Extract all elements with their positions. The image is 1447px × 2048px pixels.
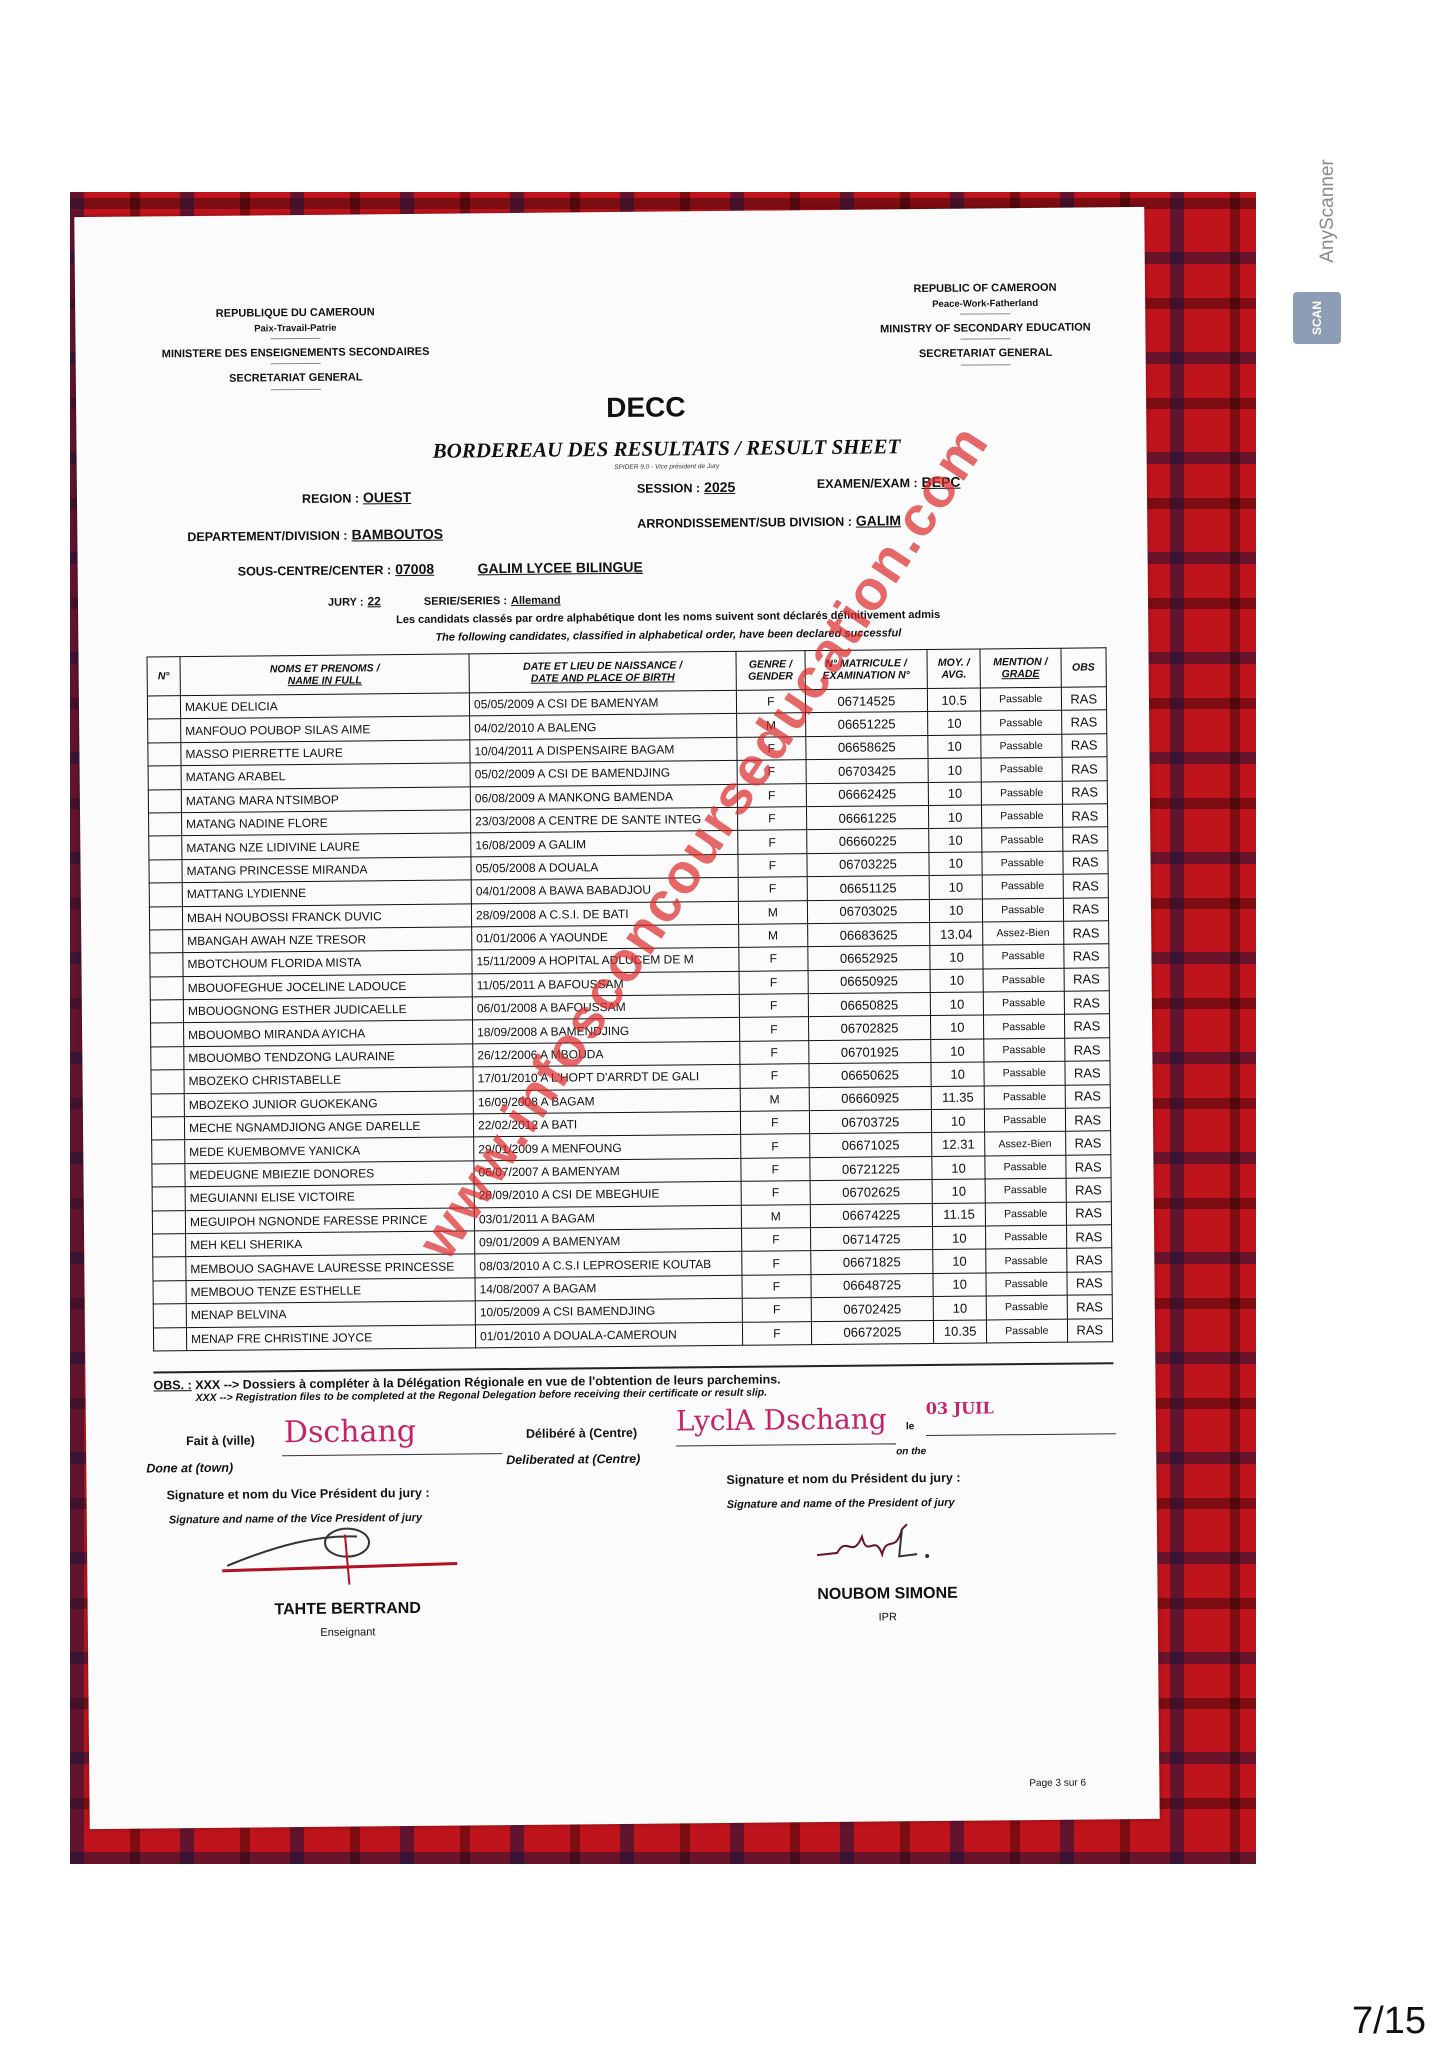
candidate-name: MEDE KUEMBOMVE YANICKA <box>185 1137 474 1163</box>
grade: Passable <box>984 1015 1065 1039</box>
row-number <box>150 930 183 954</box>
done-at-line <box>282 1453 502 1456</box>
gender: M <box>740 1087 809 1111</box>
center-code: 07008 <box>395 561 434 577</box>
row-number <box>148 742 181 766</box>
date-value: 03 JUIL <box>926 1398 994 1418</box>
gender: F <box>739 994 808 1018</box>
exam-number: 06671825 <box>810 1250 933 1275</box>
obs-label: OBS. : <box>153 1378 191 1392</box>
gender: F <box>741 1134 810 1158</box>
session-field: SESSION :2025 <box>637 479 736 496</box>
gender: M <box>739 924 808 948</box>
gender: M <box>741 1204 810 1228</box>
candidate-name: MBANGAH AWAH NZE TRESOR <box>183 927 472 953</box>
candidate-name: MENAP BELVINA <box>186 1301 475 1327</box>
birth-date-place: 28/09/2010 A CSI DE MBEGHUIE <box>474 1182 741 1208</box>
birth-date-place: 09/01/2009 A BAMENYAM <box>475 1228 742 1254</box>
divider <box>153 1362 1113 1373</box>
intro-fr: Les candidats classés par ordre alphabét… <box>318 608 1018 627</box>
observation: RAS <box>1061 734 1107 758</box>
divider <box>270 338 320 339</box>
exam-number: 06658625 <box>805 735 928 760</box>
grade: Assez-Bien <box>983 921 1064 945</box>
observation: RAS <box>1067 1295 1113 1319</box>
exam-number: 06652925 <box>807 946 930 971</box>
region-value: OUEST <box>363 489 411 505</box>
candidate-name: MATANG NZE LIDIVINE LAURE <box>182 833 471 859</box>
gender: M <box>738 900 807 924</box>
candidate-name: MEMBOUO TENZE ESTHELLE <box>186 1278 475 1304</box>
row-number <box>151 1070 184 1094</box>
average: 11.35 <box>931 1086 984 1110</box>
center-field: SOUS-CENTRE/CENTER :07008 GALIM LYCEE BI… <box>238 559 643 579</box>
grade: Assez-Bien <box>985 1132 1066 1156</box>
candidate-name: MBOUOMBO MIRANDA AYICHA <box>184 1020 473 1046</box>
row-number <box>151 1093 184 1117</box>
division-value: BAMBOUTOS <box>351 526 443 543</box>
candidate-name: MBOUOFEGHUE JOCELINE LADOUCE <box>183 974 472 1000</box>
grade: Passable <box>986 1225 1067 1249</box>
row-number <box>149 906 182 930</box>
candidate-name: MASSO PIERRETTE LAURE <box>181 740 470 766</box>
average: 10 <box>930 899 983 923</box>
gender: F <box>742 1251 811 1275</box>
average: 10 <box>928 758 981 782</box>
average: 13.04 <box>930 922 983 946</box>
grade: Passable <box>984 1085 1065 1109</box>
average: 10 <box>932 1156 985 1180</box>
row-number <box>153 1257 186 1281</box>
grade: Passable <box>983 945 1064 969</box>
exam-number: 06702825 <box>808 1016 931 1041</box>
average: 10 <box>928 735 981 759</box>
session-value: 2025 <box>704 479 735 495</box>
exam-number: 06648725 <box>811 1273 934 1298</box>
observation: RAS <box>1065 1084 1111 1108</box>
average: 10 <box>931 992 984 1016</box>
birth-date-place: 05/05/2009 A CSI DE BAMENYAM <box>469 690 736 716</box>
grade: Passable <box>981 734 1062 758</box>
row-number <box>148 719 181 743</box>
exam-number: 06701925 <box>808 1039 931 1064</box>
observation: RAS <box>1066 1248 1112 1272</box>
header-fr: REPUBLIQUE DU CAMEROUN Paix-Travail-Patr… <box>145 304 446 398</box>
average: 10 <box>933 1249 986 1273</box>
observation: RAS <box>1062 827 1108 851</box>
observation: RAS <box>1066 1272 1112 1296</box>
divider <box>961 364 1011 365</box>
president-name: NOUBOM SIMONE <box>767 1584 1007 1604</box>
average: 10 <box>930 945 983 969</box>
done-at-value: Dschang <box>284 1414 416 1450</box>
average: 11.15 <box>933 1203 986 1227</box>
motto-fr: Paix-Travail-Patrie <box>145 320 445 337</box>
grade: Passable <box>982 851 1063 875</box>
gender: F <box>739 947 808 971</box>
row-number <box>148 766 181 790</box>
candidate-name: MBOZEKO JUNIOR GUOKEKANG <box>184 1091 473 1117</box>
series-value: Allemand <box>511 595 561 607</box>
observation: RAS <box>1067 1318 1113 1342</box>
candidate-name: MBOUOGNONG ESTHER JUDICAELLE <box>183 997 472 1023</box>
grade: Passable <box>982 828 1063 852</box>
org-title: DECC <box>606 391 686 424</box>
average: 10 <box>931 1015 984 1039</box>
observation: RAS <box>1062 780 1108 804</box>
col-avg: MOY. /AVG. <box>927 649 980 689</box>
col-num: N° <box>147 657 180 696</box>
row-number <box>152 1140 185 1164</box>
row-number <box>150 976 183 1000</box>
observation: RAS <box>1063 897 1109 921</box>
average: 10.35 <box>934 1320 987 1344</box>
gender: F <box>741 1157 810 1181</box>
president-signature-label: Signature et nom du Président du jury : <box>726 1471 960 1487</box>
divider <box>960 313 1010 314</box>
region-field: REGION :OUEST <box>302 489 411 506</box>
exam-number: 06683625 <box>807 922 930 947</box>
grade: Passable <box>982 804 1063 828</box>
exam-number: 06674225 <box>810 1203 933 1228</box>
subdivision-label: ARRONDISSEMENT/SUB DIVISION : <box>637 515 852 531</box>
gender: F <box>742 1298 811 1322</box>
ministry-en: MINISTRY OF SECONDARY EDUCATION <box>865 319 1105 338</box>
grade: Passable <box>983 968 1064 992</box>
exam-number: 06702625 <box>810 1180 933 1205</box>
result-sheet-page: REPUBLIQUE DU CAMEROUN Paix-Travail-Patr… <box>74 207 1159 1829</box>
exam-number: 06672025 <box>811 1320 934 1345</box>
exam-number: 06660925 <box>809 1086 932 1111</box>
average: 12.31 <box>932 1132 985 1156</box>
exam-number: 06650925 <box>808 969 931 994</box>
page-number: Page 3 sur 6 <box>1029 1778 1086 1790</box>
birth-date-place: 14/08/2007 A BAGAM <box>475 1275 742 1301</box>
gender: F <box>740 1041 809 1065</box>
vp-signature <box>217 1523 478 1595</box>
center-label: SOUS-CENTRE/CENTER : <box>238 563 392 578</box>
divider <box>960 338 1010 339</box>
exam-number: 06703025 <box>807 899 930 924</box>
divider <box>271 389 321 390</box>
region-label: REGION : <box>302 491 359 506</box>
birth-date-place: 10/05/2009 A CSI BAMENDJING <box>475 1298 742 1324</box>
observation: RAS <box>1065 1108 1111 1132</box>
average: 10 <box>933 1273 986 1297</box>
candidate-name: MENAP FRE CHRISTINE JOYCE <box>186 1324 475 1350</box>
observation: RAS <box>1064 1014 1110 1038</box>
col-grade: MENTION /GRADE <box>980 648 1061 688</box>
candidate-name: MBOTCHOUM FLORIDA MISTA <box>183 950 472 976</box>
date-line <box>926 1433 1116 1436</box>
division-label: DEPARTEMENT/DIVISION : <box>187 529 347 545</box>
birth-date-place: 08/03/2010 A C.S.I LEPROSERIE KOUTAB <box>475 1252 742 1278</box>
row-number <box>151 1117 184 1141</box>
exam-number: 06650625 <box>809 1063 932 1088</box>
row-number <box>153 1327 186 1351</box>
average: 10 <box>932 1109 985 1133</box>
average: 10 <box>933 1226 986 1250</box>
row-number <box>150 1000 183 1024</box>
subdivision-field: ARRONDISSEMENT/SUB DIVISION :GALIM <box>637 512 901 531</box>
exam-number: 06671025 <box>809 1133 932 1158</box>
observation: RAS <box>1062 757 1108 781</box>
observations: OBS. : XXX --> Dossiers à compléter à la… <box>153 1372 780 1404</box>
gender: F <box>739 970 808 994</box>
exam-number: 06702425 <box>811 1297 934 1322</box>
exam-number: 06703725 <box>809 1110 932 1135</box>
gender: F <box>742 1228 811 1252</box>
deliberated-value: LyclA Dschang <box>676 1402 887 1437</box>
candidate-name: MANFOUO POUBOP SILAS AIME <box>181 716 470 742</box>
vp-signature-label: Signature et nom du Vice Président du ju… <box>166 1486 429 1503</box>
row-number <box>147 696 180 720</box>
grade: Passable <box>982 874 1063 898</box>
row-number <box>153 1280 186 1304</box>
candidate-name: MEMBOUO SAGHAVE LAURESSE PRINCESSE <box>186 1254 475 1280</box>
president-signature-label-en: Signature and name of the President of j… <box>727 1497 955 1511</box>
ministry-fr: MINISTERE DES ENSEIGNEMENTS SECONDAIRES <box>146 343 446 362</box>
grade: Passable <box>982 898 1063 922</box>
row-number <box>152 1163 185 1187</box>
done-at-label-en: Done at (town) <box>146 1461 233 1476</box>
exam-number: 06714725 <box>810 1226 933 1251</box>
candidate-name: MEDEUGNE MBIEZIE DONORES <box>185 1161 474 1187</box>
row-number <box>148 789 181 813</box>
grade: Passable <box>984 1061 1065 1085</box>
average: 10 <box>931 1062 984 1086</box>
grade: Passable <box>980 687 1061 711</box>
sheet-subtitle: SPIDER 9.0 - Vice président de Jury <box>517 462 817 472</box>
row-number <box>149 883 182 907</box>
series-label: SERIE/SERIES : <box>424 595 507 608</box>
exam-number: 06703225 <box>807 852 930 877</box>
observation: RAS <box>1061 687 1107 711</box>
birth-date-place: 10/04/2011 A DISPENSAIRE BAGAM <box>470 737 737 763</box>
deliberated-label-en: Deliberated at (Centre) <box>506 1452 640 1467</box>
row-number <box>149 813 182 837</box>
observation: RAS <box>1066 1225 1112 1249</box>
grade: Passable <box>986 1249 1067 1273</box>
candidate-name: MAKUE DELICIA <box>180 693 469 719</box>
average: 10 <box>929 852 982 876</box>
session-label: SESSION : <box>637 481 700 496</box>
exam-number: 06660225 <box>806 829 929 854</box>
exam-number: 06721225 <box>809 1156 932 1181</box>
row-number <box>153 1234 186 1258</box>
birth-date-place: 01/01/2010 A DOUALA-CAMEROUN <box>475 1322 742 1348</box>
grade: Passable <box>986 1295 1067 1319</box>
observation: RAS <box>1062 804 1108 828</box>
average: 10 <box>929 805 982 829</box>
observation: RAS <box>1066 1178 1112 1202</box>
average: 10 <box>928 782 981 806</box>
observation: RAS <box>1065 1155 1111 1179</box>
observation: RAS <box>1061 710 1107 734</box>
date-label: le <box>906 1421 914 1432</box>
grade: Passable <box>981 711 1062 735</box>
candidate-name: MATANG PRINCESSE MIRANDA <box>182 857 471 883</box>
gender: F <box>742 1274 811 1298</box>
done-at-label: Fait à (ville) <box>186 1433 255 1448</box>
col-obs: OBS <box>1060 648 1106 687</box>
observation: RAS <box>1064 991 1110 1015</box>
exam-number: 06650825 <box>808 993 931 1018</box>
jury-value: 22 <box>367 594 380 608</box>
row-number <box>149 836 182 860</box>
grade: Passable <box>985 1155 1066 1179</box>
row-number <box>152 1210 185 1234</box>
secretariat-en: SECRETARIAT GENERAL <box>866 345 1106 364</box>
motto-en: Peace-Work-Fatherland <box>865 296 1105 313</box>
gender: F <box>742 1321 811 1345</box>
scan-badge-label: SCAN <box>1310 301 1324 335</box>
candidate-name: MATANG ARABEL <box>181 763 470 789</box>
exam-number: 06661225 <box>806 805 929 830</box>
candidate-name: MATTANG LYDIENNE <box>182 880 471 906</box>
observation: RAS <box>1062 851 1108 875</box>
president-role: IPR <box>768 1610 1008 1624</box>
average: 10 <box>931 1039 984 1063</box>
grade: Passable <box>986 1272 1067 1296</box>
gender: F <box>738 830 807 854</box>
center-name: GALIM LYCEE BILINGUE <box>478 559 643 577</box>
average: 10 <box>932 1179 985 1203</box>
vp-name: TAHTE BERTRAND <box>228 1599 468 1619</box>
col-dob: DATE ET LIEU DE NAISSANCE /DATE AND PLAC… <box>469 651 736 693</box>
birth-date-place: 04/02/2010 A BALENG <box>470 714 737 740</box>
jury-field: JURY :22 SERIE/SERIES :Allemand <box>328 593 561 609</box>
date-label-en: on the <box>896 1446 926 1457</box>
grade: Passable <box>984 1038 1065 1062</box>
grade: Passable <box>981 781 1062 805</box>
exam-number: 06651125 <box>807 876 930 901</box>
candidate-name: MBOZEKO CHRISTABELLE <box>184 1067 473 1093</box>
row-number <box>150 953 183 977</box>
grade: Passable <box>981 757 1062 781</box>
gender: F <box>740 1064 809 1088</box>
observation: RAS <box>1063 944 1109 968</box>
grade: Passable <box>983 991 1064 1015</box>
row-number <box>149 859 182 883</box>
deliberated-label: Délibéré à (Centre) <box>526 1426 637 1441</box>
candidate-name: MATANG NADINE FLORE <box>182 810 471 836</box>
observation: RAS <box>1064 1038 1110 1062</box>
average: 10 <box>928 711 981 735</box>
grade: Passable <box>986 1319 1067 1343</box>
secretariat-fr: SECRETARIAT GENERAL <box>146 369 446 388</box>
grade: Passable <box>984 1108 1065 1132</box>
gender: F <box>741 1181 810 1205</box>
sheet-title: BORDEREAU DES RESULTATS / RESULT SHEET <box>366 434 966 465</box>
scanner-brand: AnyScanner <box>1317 159 1339 263</box>
division-field: DEPARTEMENT/DIVISION :BAMBOUTOS <box>187 526 443 544</box>
row-number <box>151 1047 184 1071</box>
average: 10 <box>929 875 982 899</box>
scan-app-icon: SCAN <box>1293 292 1341 344</box>
row-number <box>153 1304 186 1328</box>
birth-date-place: 03/01/2011 A BAGAM <box>474 1205 741 1231</box>
gender: F <box>740 1111 809 1135</box>
header-en: REPUBLIC OF CAMEROON Peace-Work-Fatherla… <box>865 279 1106 372</box>
row-number <box>151 1023 184 1047</box>
page-counter: 7/15 <box>1352 2000 1426 2043</box>
exam-number: 06662425 <box>806 782 929 807</box>
gender: F <box>740 1017 809 1041</box>
col-name: NOMS ET PRENOMS /NAME IN FULL <box>180 654 469 696</box>
observation: RAS <box>1066 1201 1112 1225</box>
vp-role: Enseignant <box>228 1625 468 1639</box>
average: 10 <box>930 969 983 993</box>
president-signature <box>807 1514 968 1576</box>
observation: RAS <box>1063 921 1109 945</box>
average: 10.5 <box>928 688 981 712</box>
gender: F <box>738 853 807 877</box>
divider <box>271 363 321 364</box>
birth-date-place: 05/02/2009 A CSI DE BAMENDJING <box>470 761 737 787</box>
average: 10 <box>929 828 982 852</box>
observation: RAS <box>1064 1061 1110 1085</box>
deliberated-line <box>676 1443 896 1446</box>
grade: Passable <box>985 1202 1066 1226</box>
candidate-name: MECHE NGNAMDJIONG ANGE DARELLE <box>184 1114 473 1140</box>
row-number <box>152 1187 185 1211</box>
candidate-name: MBOUOMBO TENDZONG LAURAINE <box>184 1044 473 1070</box>
gender: F <box>738 877 807 901</box>
average: 10 <box>933 1296 986 1320</box>
intro-en: The following candidates, classified in … <box>318 626 1018 645</box>
observation: RAS <box>1064 967 1110 991</box>
jury-label: JURY : <box>328 596 364 608</box>
candidate-name: MBAH NOUBOSSI FRANCK DUVIC <box>182 903 471 929</box>
observation: RAS <box>1065 1131 1111 1155</box>
grade: Passable <box>985 1178 1066 1202</box>
candidate-name: MATANG MARA NTSIMBOP <box>181 786 470 812</box>
exam-number: 06703425 <box>806 759 929 784</box>
observation: RAS <box>1063 874 1109 898</box>
